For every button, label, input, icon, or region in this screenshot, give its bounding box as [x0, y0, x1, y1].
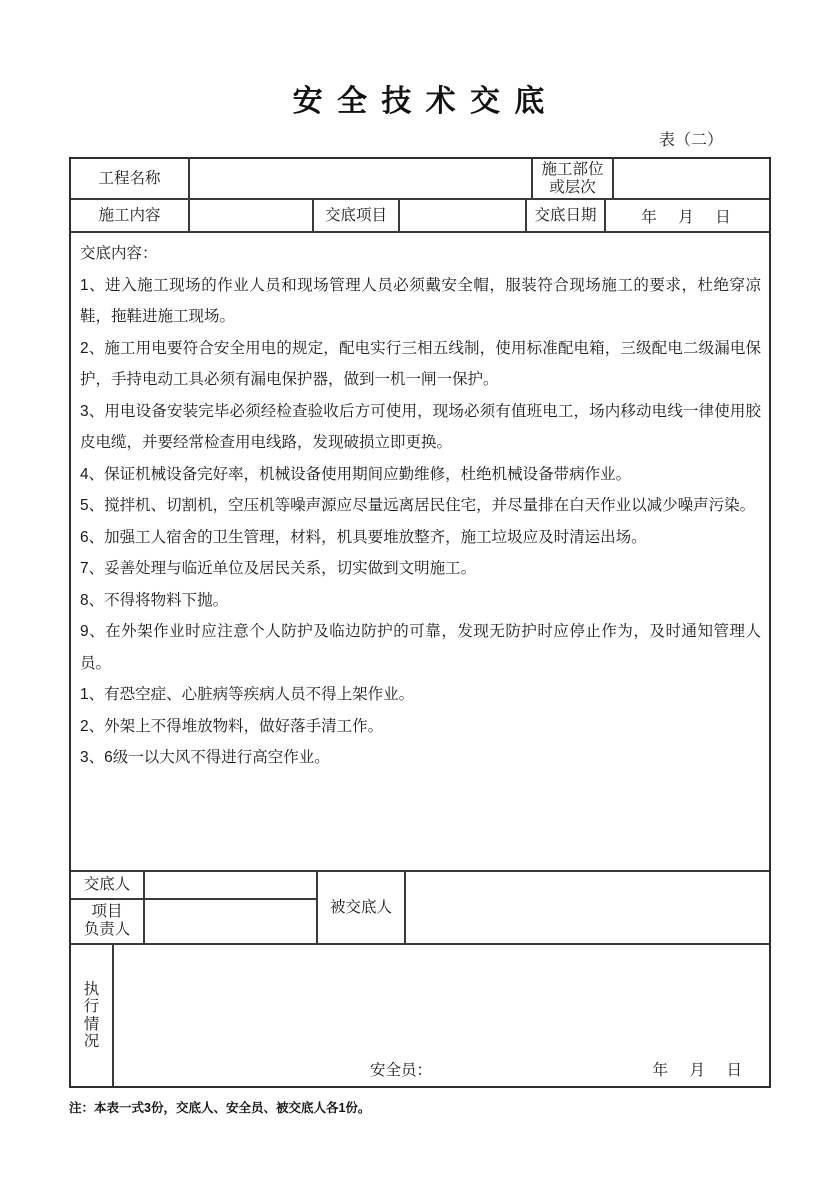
content-item: 4、保证机械设备完好率，机械设备使用期间应勤维修，杜绝机械设备带病作业。 — [80, 459, 761, 491]
signature-section: 交底人 项目 负责人 被交底人 — [71, 870, 769, 943]
document-page: 安 全 技 术 交 底 表（二） 工程名称 施工部位 或层次 施工内容 交底项目… — [0, 0, 838, 1186]
footnote: 注：本表一式3份，交底人、安全员、被交底人各1份。 — [69, 1098, 771, 1116]
project-name-value — [188, 159, 531, 198]
project-manager-row: 项目 负责人 — [71, 898, 316, 944]
content-item: 2、施工用电要符合安全用电的规定，配电实行三相五线制，使用标准配电箱，三级配电二… — [80, 333, 761, 396]
safety-officer-label: 安全员： — [370, 1058, 432, 1080]
execution-label: 执行情况 — [83, 981, 100, 1051]
discloser-row: 交底人 — [71, 872, 316, 898]
content-item: 5、搅拌机、切割机，空压机等噪声源应尽量远离居民住宅，并尽量排在白天作业以减少噪… — [80, 490, 761, 522]
content-item: 7、妥善处理与临近单位及居民关系，切实做到文明施工。 — [80, 553, 761, 585]
content-item: 6、加强工人宿舍的卫生管理，材料，机具要堆放整齐，施工垃圾应及时清运出场。 — [80, 522, 761, 554]
work-part-label: 施工部位 或层次 — [531, 159, 612, 198]
disclosure-content-section: 交底内容： 1、进入施工现场的作业人员和现场管理人员必须戴安全帽，服装符合现场施… — [71, 231, 769, 870]
content-item: 1、有恐空症、心脏病等疾病人员不得上架作业。 — [80, 679, 761, 711]
execution-section: 执行情况 安全员： 年 月 日 — [71, 943, 769, 1086]
execution-date-value: 年 月 日 — [652, 1058, 745, 1080]
work-part-value — [612, 159, 769, 198]
disclosee-label: 被交底人 — [316, 872, 406, 943]
disclosee-value — [406, 872, 769, 943]
header-row-project: 工程名称 施工部位 或层次 — [71, 159, 769, 198]
content-item: 3、6级一以大风不得进行高空作业。 — [80, 742, 761, 774]
project-name-label: 工程名称 — [71, 159, 188, 198]
disclosure-date-label: 交底日期 — [525, 200, 604, 231]
project-manager-value — [143, 900, 316, 944]
discloser-value — [143, 872, 316, 898]
safety-disclosure-form: 安 全 技 术 交 底 表（二） 工程名称 施工部位 或层次 施工内容 交底项目… — [69, 0, 771, 1116]
page-title: 安 全 技 术 交 底 — [69, 0, 771, 120]
execution-signoff-row: 安全员： 年 月 日 — [114, 1058, 769, 1078]
content-item: 9、在外架作业时应注意个人防护及临边防护的可靠，发现无防护时应停止作为，及时通知… — [80, 616, 761, 679]
disclosure-date-value: 年 月 日 — [604, 200, 769, 231]
table-number-label: 表（二） — [69, 127, 771, 150]
signature-left-block: 交底人 项目 负责人 — [71, 872, 316, 943]
content-item: 2、外架上不得堆放物料，做好落手清工作。 — [80, 711, 761, 743]
content-heading: 交底内容： — [80, 238, 761, 270]
header-row-content: 施工内容 交底项目 交底日期 年 月 日 — [71, 198, 769, 231]
execution-body: 安全员： 年 月 日 — [114, 945, 769, 1086]
content-item: 3、用电设备安装完毕必须经检查验收后方可使用，现场必须有值班电工，场内移动电线一… — [80, 396, 761, 459]
disclosure-item-value — [398, 200, 525, 231]
construction-content-value — [188, 200, 312, 231]
form-table: 工程名称 施工部位 或层次 施工内容 交底项目 交底日期 年 月 日 交底内容：… — [69, 157, 771, 1088]
disclosure-item-label: 交底项目 — [312, 200, 398, 231]
construction-content-label: 施工内容 — [71, 200, 188, 231]
execution-label-cell: 执行情况 — [71, 945, 114, 1086]
content-item: 1、进入施工现场的作业人员和现场管理人员必须戴安全帽，服装符合现场施工的要求，杜… — [80, 270, 761, 333]
project-manager-label: 项目 负责人 — [71, 900, 143, 944]
content-item: 8、不得将物料下抛。 — [80, 585, 761, 617]
discloser-label: 交底人 — [71, 872, 143, 898]
